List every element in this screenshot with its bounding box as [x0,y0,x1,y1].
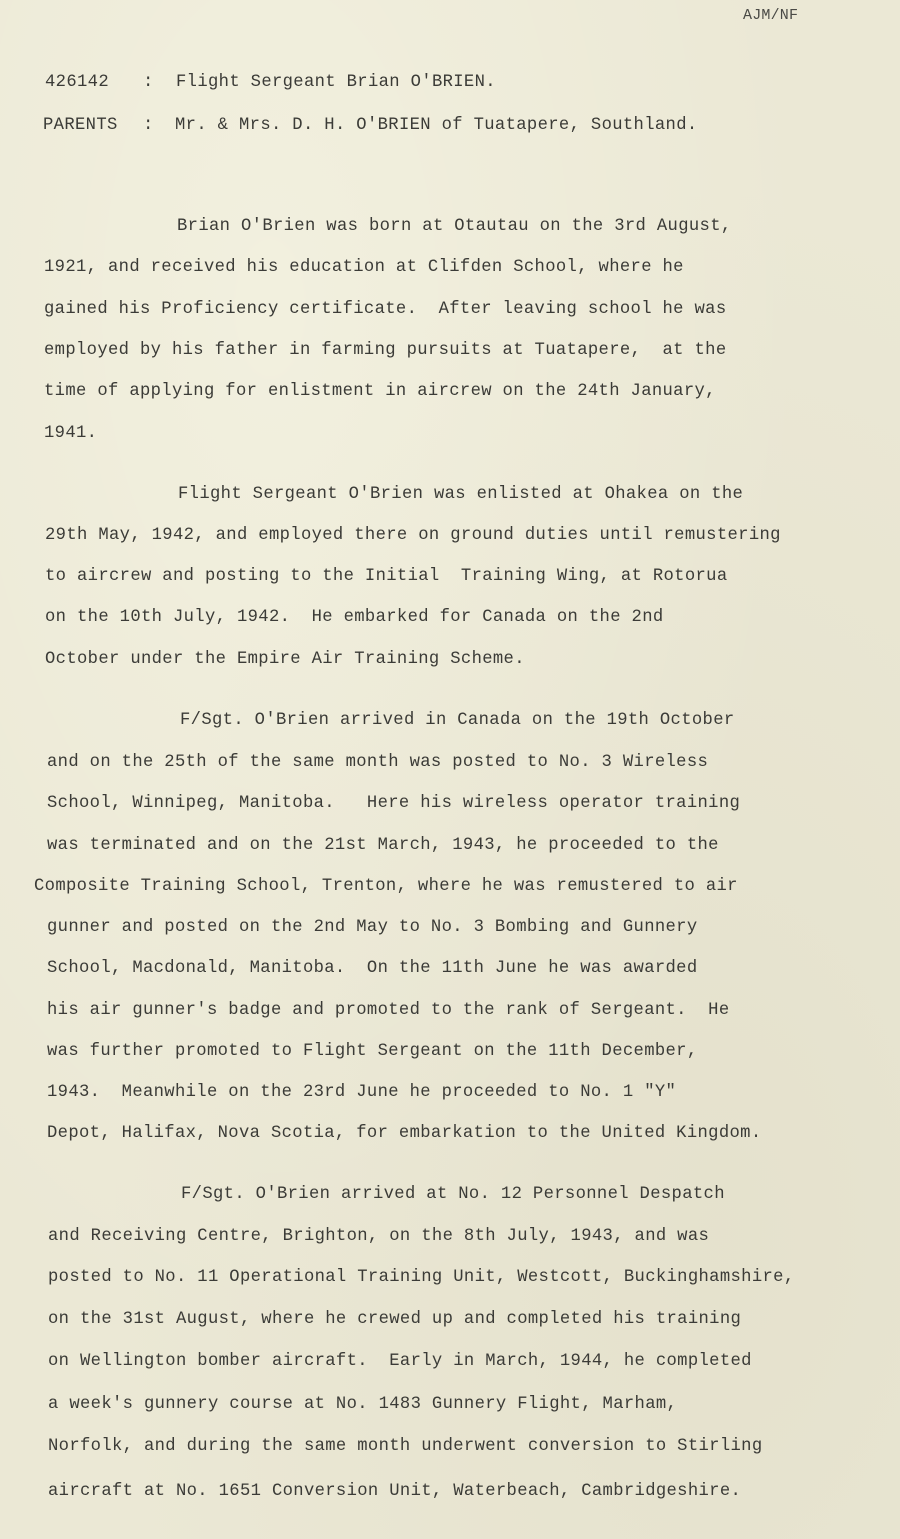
paragraph-line: was terminated and on the 21st March, 19… [47,836,719,856]
airman-name: Flight Sergeant Brian O'BRIEN. [176,73,496,93]
paragraph-line: and Receiving Centre, Brighton, on the 8… [48,1227,709,1247]
paragraph-line: F/Sgt. O'Brien arrived in Canada on the … [180,711,735,731]
paragraph-line: gained his Proficiency certificate. Afte… [44,300,727,320]
paragraph-line: Composite Training School, Trenton, wher… [34,877,738,897]
reference-initials: AJM/NF [743,6,798,26]
paragraph-line: on the 10th July, 1942. He embarked for … [45,608,664,628]
paragraph-line: School, Macdonald, Manitoba. On the 11th… [47,959,698,979]
header-separator-1: : [143,73,154,93]
typed-document-page: AJM/NF 426142 : Flight Sergeant Brian O'… [0,0,900,1539]
paragraph-line: employed by his father in farming pursui… [44,341,727,361]
paragraph-line: Depot, Halifax, Nova Scotia, for embarka… [47,1124,762,1144]
paragraph-line: to aircrew and posting to the Initial Tr… [45,567,728,587]
paragraph-line: on the 31st August, where he crewed up a… [48,1310,741,1330]
paragraph-line: on Wellington bomber aircraft. Early in … [48,1352,752,1372]
paragraph-line: 1921, and received his education at Clif… [44,258,684,278]
paragraph-line: 29th May, 1942, and employed there on gr… [45,526,781,546]
paragraph-line: 1943. Meanwhile on the 23rd June he proc… [47,1083,676,1103]
paragraph-line: aircraft at No. 1651 Conversion Unit, Wa… [48,1482,741,1502]
parents-names: Mr. & Mrs. D. H. O'BRIEN of Tuatapere, S… [175,116,698,136]
paragraph-line: Brian O'Brien was born at Otautau on the… [177,217,732,237]
header-separator-2: : [143,116,154,136]
paragraph-line: F/Sgt. O'Brien arrived at No. 12 Personn… [181,1185,725,1205]
paragraph-line: posted to No. 11 Operational Training Un… [48,1268,795,1288]
service-number: 426142 [45,73,109,93]
paragraph-line: Norfolk, and during the same month under… [48,1437,763,1457]
paragraph-line: was further promoted to Flight Sergeant … [47,1042,698,1062]
paragraph-line: School, Winnipeg, Manitoba. Here his wir… [47,794,740,814]
paragraph-line: gunner and posted on the 2nd May to No. … [47,918,698,938]
paragraph-line: a week's gunnery course at No. 1483 Gunn… [48,1395,677,1415]
paragraph-line: Flight Sergeant O'Brien was enlisted at … [178,485,743,505]
parents-label: PARENTS [43,116,118,136]
paragraph-line: October under the Empire Air Training Sc… [45,650,525,670]
paragraph-line: 1941. [44,424,97,444]
paragraph-line: his air gunner's badge and promoted to t… [47,1001,730,1021]
paragraph-line: and on the 25th of the same month was po… [47,753,708,773]
paragraph-line: time of applying for enlistment in aircr… [44,382,716,402]
